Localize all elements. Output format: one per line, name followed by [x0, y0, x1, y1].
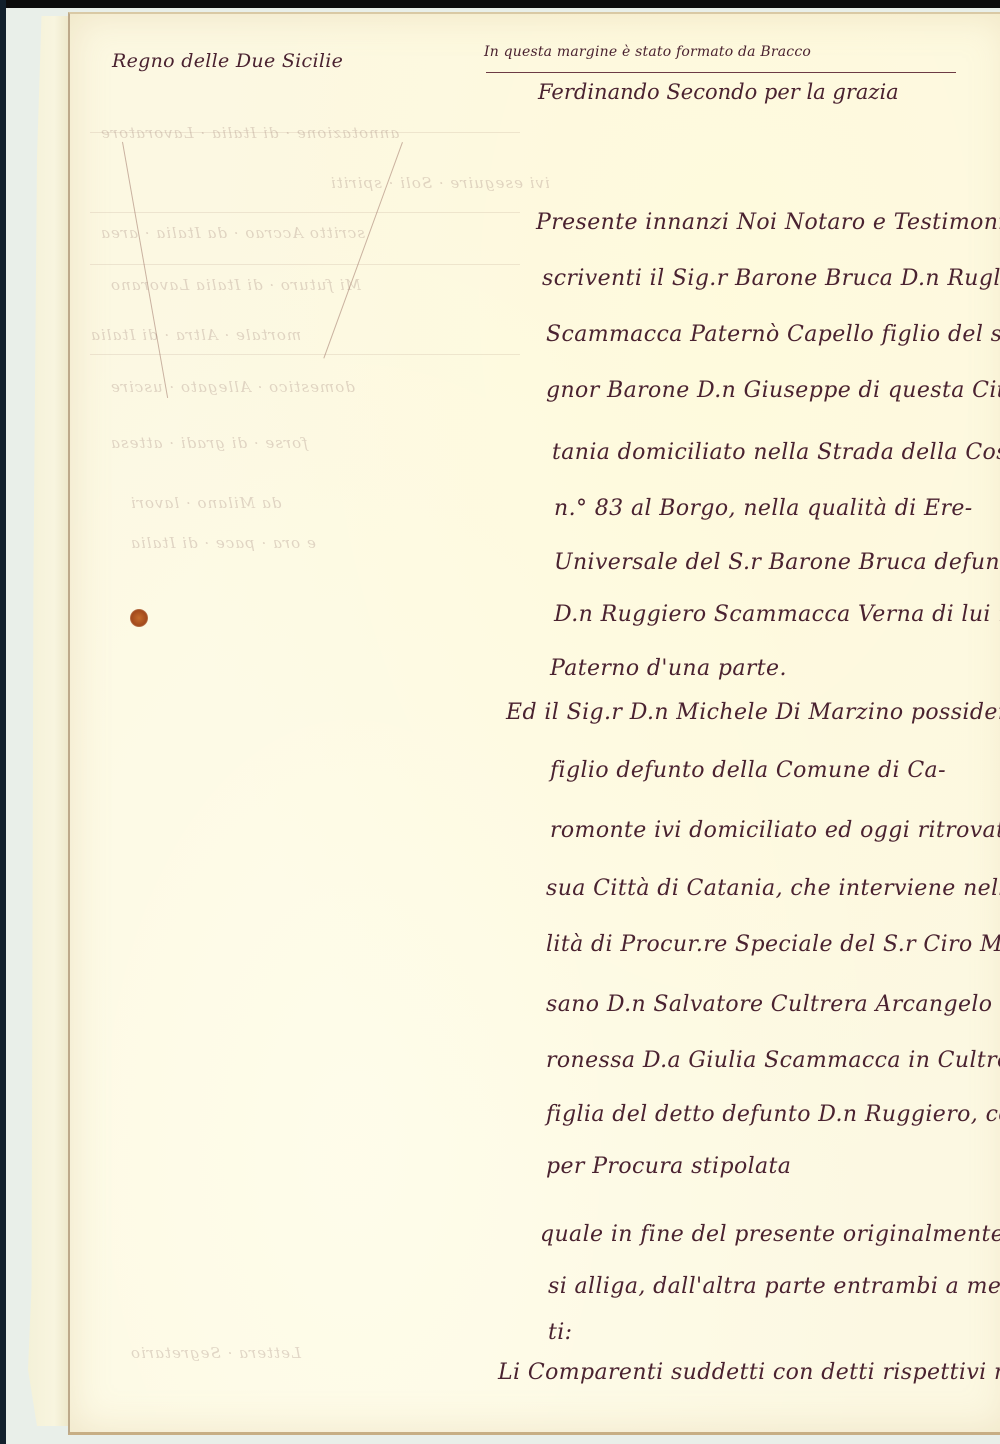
body-line: Universale del S.r Barone Bruca defun-	[554, 550, 1000, 575]
body-line: sano D.n Salvatore Cultrera Arcangelo e …	[546, 992, 1000, 1017]
body-line: Paterno d'una parte.	[550, 656, 787, 681]
margin-note-underline	[486, 72, 956, 73]
body-line: lità di Procur.re Speciale del S.r Ciro …	[546, 932, 1000, 957]
body-line: scriventi il Sig.r Barone Bruca D.n Rugl…	[542, 266, 1000, 291]
body-line: D.n Ruggiero Scammacca Verna di lui n-	[554, 602, 1000, 627]
bleed-rule	[90, 264, 520, 265]
document-page: annotazione · di Italia · Lavoratore ivi…	[68, 12, 1000, 1435]
margin-note: In questa margine è stato formato da Bra…	[484, 44, 811, 60]
bleed-text: scritto Accrao · da Italia · area	[100, 224, 365, 242]
bleed-text: e ora · pace · di Italia	[130, 534, 316, 552]
body-line: Li Comparenti suddetti con detti rispett…	[498, 1360, 1000, 1385]
bleed-text: forse · di gradi · attesa	[110, 434, 308, 452]
bleed-text: da Milano · lavori	[130, 494, 281, 512]
body-line: n.° 83 al Borgo, nella qualità di Ere-	[554, 496, 973, 521]
body-line: si alliga, dall'altra parte entrambi a m…	[548, 1274, 1000, 1299]
folded-paper-flap	[28, 16, 73, 1426]
bleed-rule	[90, 132, 520, 133]
body-line: Presente innanzi Noi Notaro e Testimoni …	[536, 210, 1000, 235]
scanner-left-edge	[0, 0, 6, 1444]
body-line: quale in fine del presente originalmente	[540, 1222, 1000, 1247]
bleed-rule	[90, 354, 520, 355]
body-line: figlia del detto defunto D.n Ruggiero, c…	[546, 1102, 1000, 1127]
body-line: gnor Barone D.n Giuseppe di questa Città…	[546, 378, 1000, 403]
bleed-rule	[90, 212, 520, 213]
bleed-text: Lettera · Segretario	[130, 1344, 301, 1362]
bleed-text: mortale · Altra · di Italia	[90, 326, 301, 344]
bleed-text: domestico · Allegato · uscire	[110, 378, 355, 396]
body-line: sua Città di Catania, che interviene nel…	[546, 876, 1000, 901]
body-line: Scammacca Paternò Capello figlio del si-	[546, 322, 1000, 347]
body-line: romonte ivi domiciliato ed oggi ritrovat…	[550, 818, 1000, 843]
body-line: tania domiciliato nella Strada della Cos…	[552, 440, 1000, 465]
pencil-stroke	[323, 142, 403, 358]
body-line: figlio defunto della Comune di Ca-	[550, 758, 946, 783]
body-line: per Procura stipolata	[546, 1154, 791, 1179]
scanner-top-edge	[0, 0, 1000, 8]
ink-stain	[130, 609, 148, 627]
pencil-stroke	[122, 142, 168, 398]
body-line: Ed il Sig.r D.n Michele Di Marzino possi…	[506, 700, 1000, 725]
sovereign-line: Ferdinando Secondo per la grazia	[538, 80, 899, 104]
body-line: ti:	[548, 1320, 573, 1345]
bleed-text: annotazione · di Italia · Lavoratore	[100, 124, 399, 142]
heading-kingdom: Regno delle Due Sicilie	[112, 50, 343, 72]
bleed-text: ivi eseguire · Soli · spiriti	[330, 174, 550, 192]
body-line: ronessa D.a Giulia Scammacca in Cultrera	[546, 1048, 1000, 1073]
bleed-text: Mi futuro · di Italia Lavorano	[110, 276, 361, 294]
